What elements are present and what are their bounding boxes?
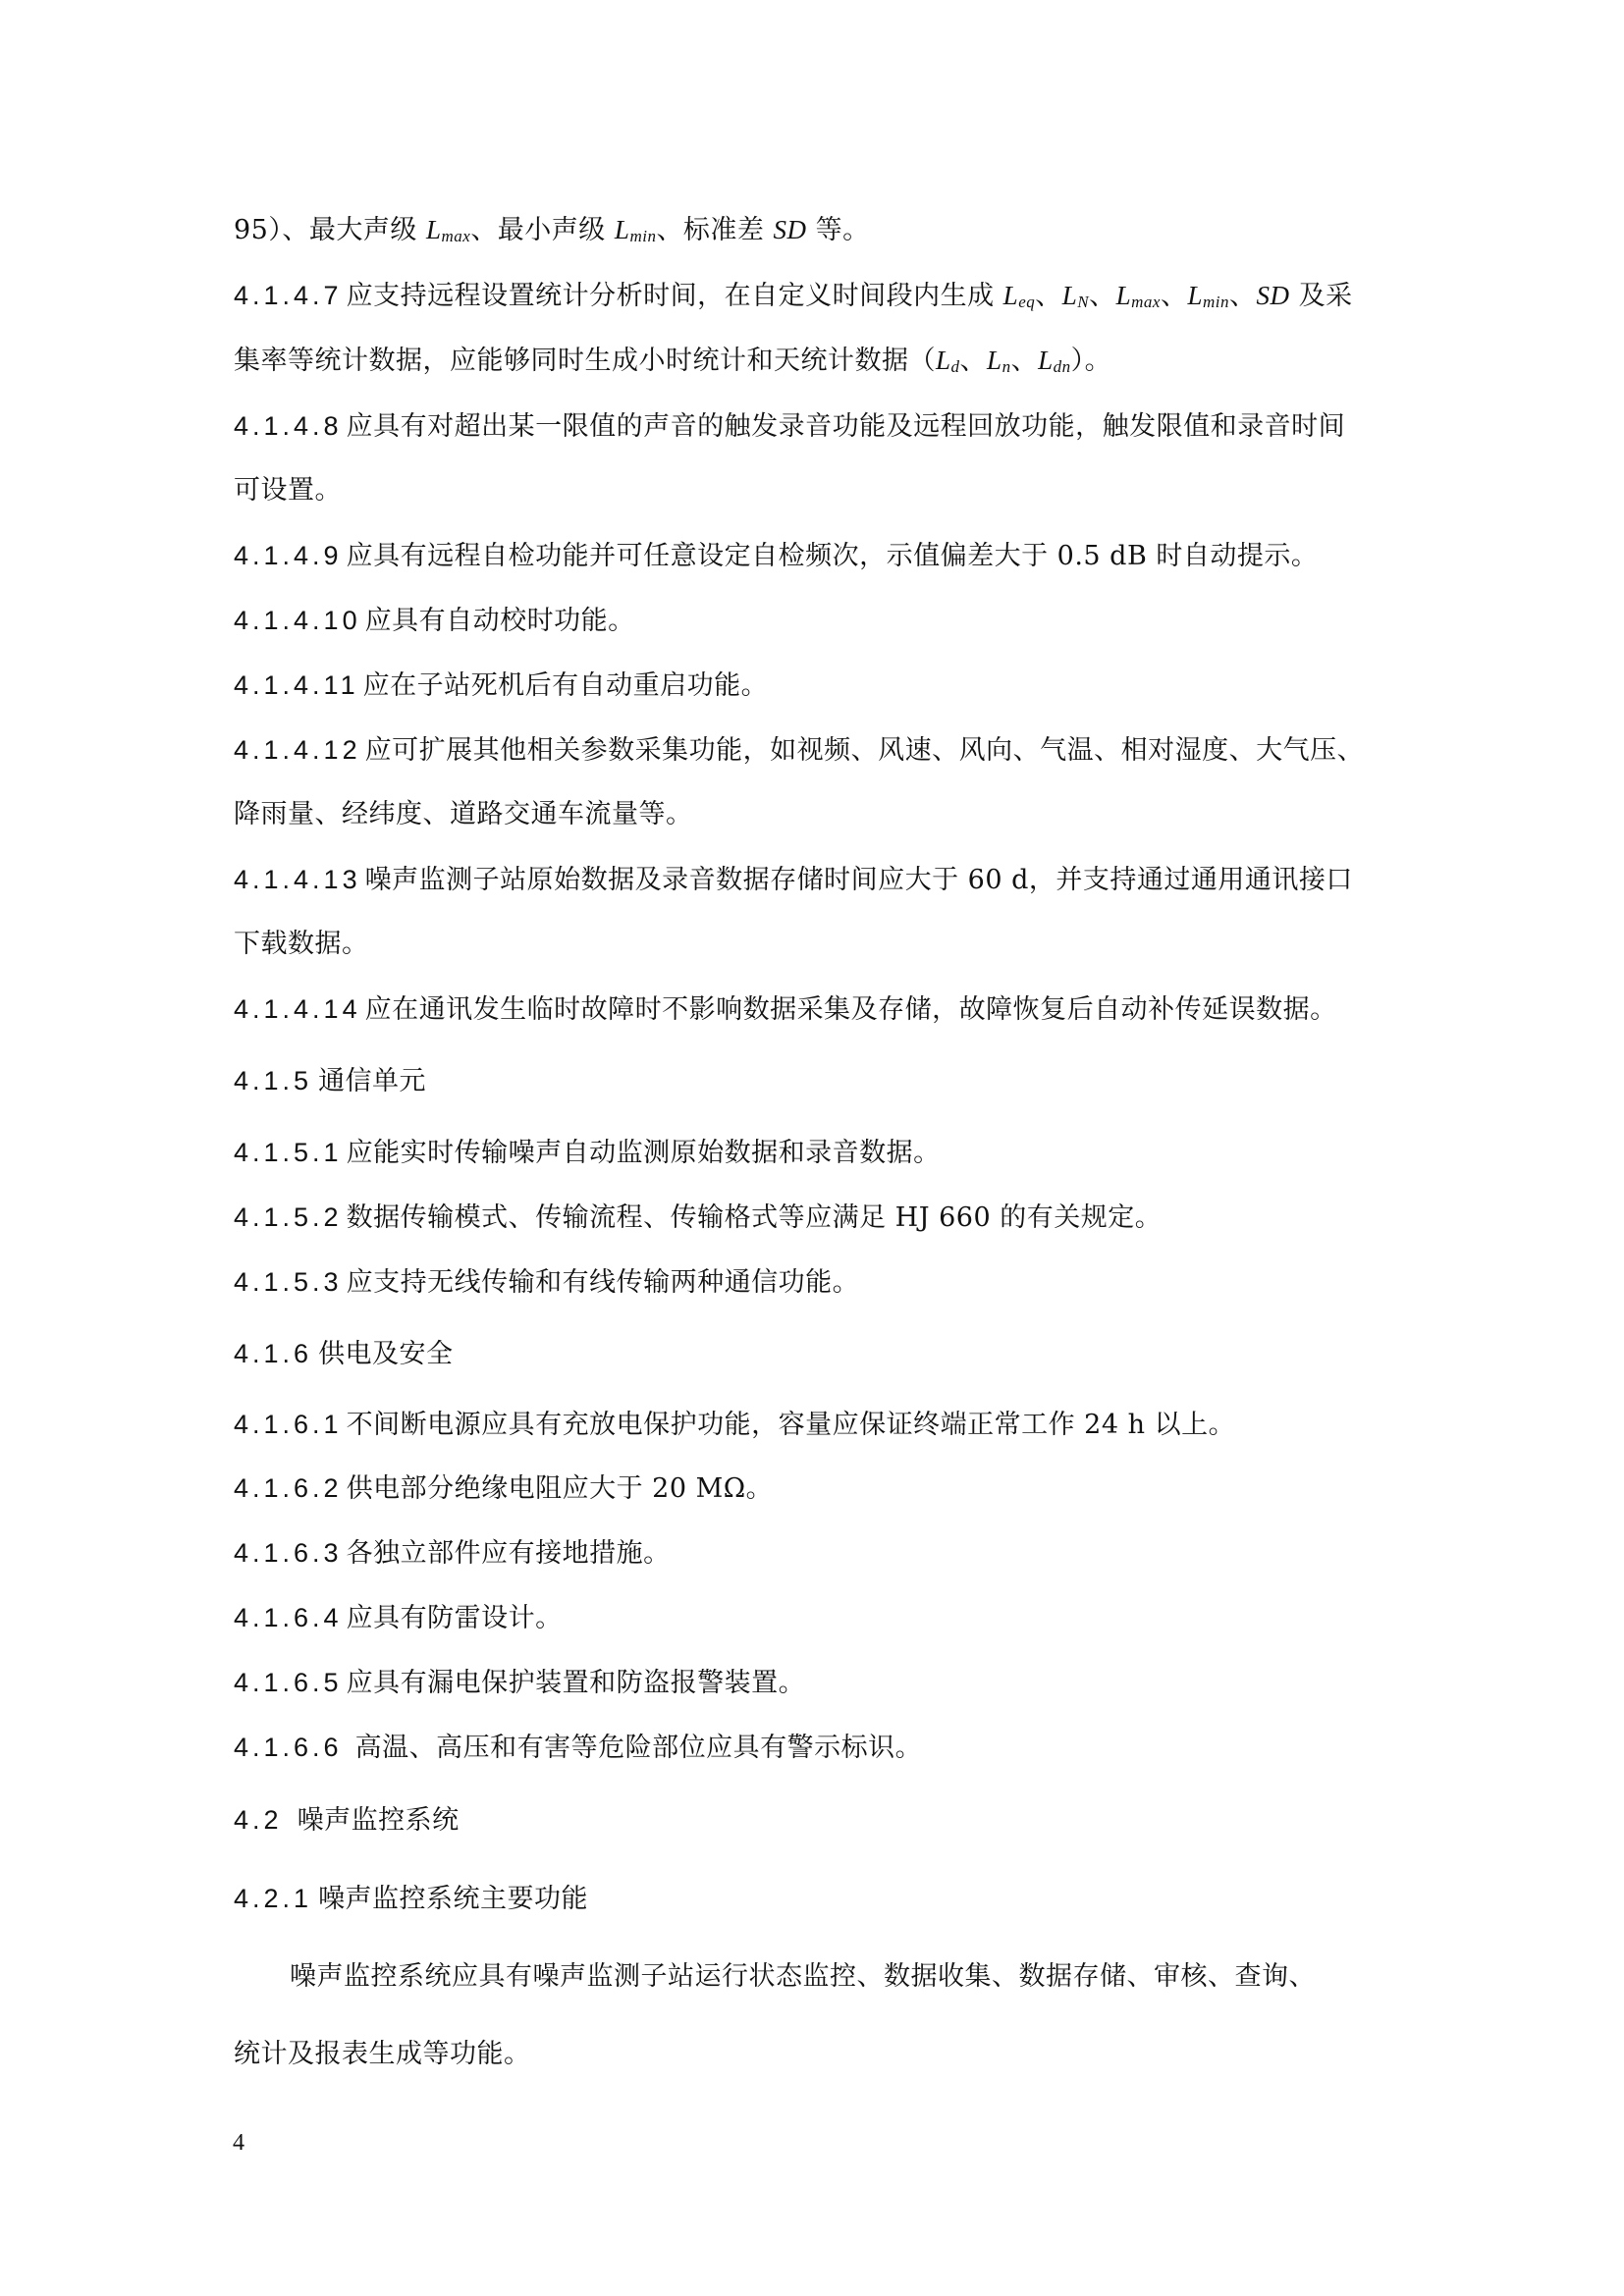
section-number: 4.2.1 (234, 1884, 312, 1913)
clause-number: 4.1.5.1 (234, 1138, 343, 1167)
separator: 、 (960, 346, 988, 376)
clause-number: 4.1.4.9 (234, 541, 343, 570)
text: 应能实时传输噪声自动监测原始数据和录音数据。 (347, 1138, 941, 1168)
section-heading-4-1-6: 4.1.6供电及安全 (234, 1338, 454, 1369)
symbol: L (1187, 281, 1203, 310)
symbol: L (1062, 281, 1078, 310)
symbol: L (1116, 281, 1132, 310)
subscript: max (1131, 293, 1161, 311)
text: 应支持无线传输和有线传输两种通信功能。 (347, 1267, 860, 1298)
section-title: 供电及安全 (318, 1339, 454, 1369)
text: 应具有对超出某一限值的声音的触发录音功能及远程回放功能，触发限值和录音时间 (347, 411, 1346, 442)
page-number: 4 (233, 2128, 244, 2158)
clause-4-1-4-14: 4.1.4.14应在通讯发生临时故障时不影响数据采集及存储，故障恢复后自动补传延… (234, 993, 1337, 1025)
clause-number: 4.1.4.14 (234, 994, 361, 1024)
text: 统计及报表生成等功能。 (234, 2039, 531, 2069)
paragraph-line-1: 噪声监控系统应具有噪声监测子站运行状态监控、数据收集、数据存储、审核、查询、 (290, 1961, 1316, 1993)
document-page: 95）、最大声级 Lmax、最小声级 Lmin、标准差 SD 等。 4.1.4.… (0, 0, 1624, 2296)
subscript: eq (1018, 293, 1035, 311)
text: 应在通讯发生临时故障时不影响数据采集及存储，故障恢复后自动补传延误数据。 (365, 994, 1337, 1025)
paragraph-line-2: 统计及报表生成等功能。 (234, 2039, 531, 2070)
clause-4-1-4-13: 4.1.4.13噪声监测子站原始数据及录音数据存储时间应大于 60 d，并支持通… (234, 864, 1353, 895)
section-heading-4-1-5: 4.1.5通信单元 (234, 1065, 426, 1096)
text: 应在子站死机后有自动重启功能。 (363, 670, 769, 701)
clause-number: 4.1.4.13 (234, 865, 361, 894)
section-number: 4.2 (234, 1805, 283, 1835)
clause-4-1-4-9: 4.1.4.9应具有远程自检功能并可任意设定自检频次，示值偏差大于 0.5 dB… (234, 540, 1318, 571)
subscript: N (1077, 293, 1089, 311)
clause-number: 4.1.6.4 (234, 1603, 343, 1632)
section-number: 4.1.5 (234, 1066, 312, 1095)
text: 数据传输模式、传输流程、传输格式等应满足 HJ 660 的有关规定。 (347, 1202, 1163, 1233)
symbol: L (987, 346, 1002, 375)
clause-4-1-6-2: 4.1.6.2供电部分绝缘电阻应大于 20 MΩ。 (234, 1472, 773, 1504)
clause-4-1-6-6: 4.1.6.6 高温、高压和有害等危险部位应具有警示标识。 (234, 1732, 922, 1763)
subscript: max (441, 227, 470, 245)
section-title: 噪声监控系统 (289, 1805, 460, 1836)
clause-4-1-5-1: 4.1.5.1应能实时传输噪声自动监测原始数据和录音数据。 (234, 1137, 941, 1168)
symbol: L (936, 346, 951, 375)
clause-4-1-4-12-cont: 降雨量、经纬度、道路交通车流量等。 (234, 799, 693, 830)
subscript: min (629, 227, 656, 245)
clause-4-1-4-11: 4.1.4.11应在子站死机后有自动重启功能。 (234, 669, 768, 701)
text: 应具有远程自检功能并可任意设定自检频次，示值偏差大于 0.5 dB 时自动提示。 (347, 541, 1319, 571)
clause-4-1-4-12: 4.1.4.12应可扩展其他相关参数采集功能，如视频、风速、风向、气温、相对湿度… (234, 734, 1364, 766)
text: 应具有防雷设计。 (347, 1603, 563, 1633)
clause-number: 4.1.5.3 (234, 1267, 343, 1297)
clause-number: 4.1.6.1 (234, 1410, 343, 1439)
text: 高温、高压和有害等危险部位应具有警示标识。 (347, 1733, 923, 1763)
text: 下载数据。 (234, 929, 369, 959)
clause-number: 4.1.4.7 (234, 281, 343, 310)
text: 、最小声级 (470, 215, 615, 245)
text: 不间断电源应具有充放电保护功能，容量应保证终端正常工作 24 h 以上。 (347, 1410, 1236, 1440)
text: 噪声监控系统应具有噪声监测子站运行状态监控、数据收集、数据存储、审核、查询、 (290, 1961, 1316, 1992)
clause-number: 4.1.4.8 (234, 411, 343, 441)
symbol: SD (774, 215, 807, 244)
text-line-stat-params: 95）、最大声级 Lmax、最小声级 Lmin、标准差 SD 等。 (234, 214, 870, 245)
text: 供电部分绝缘电阻应大于 20 MΩ。 (347, 1473, 774, 1504)
text: 应具有自动校时功能。 (365, 606, 635, 636)
separator: 、 (1229, 281, 1257, 311)
subscript: n (1002, 357, 1011, 376)
clause-4-1-4-7-cont: 集率等统计数据，应能够同时生成小时统计和天统计数据（Ld、Ln、Ldn）。 (234, 345, 1111, 376)
clause-4-1-4-7: 4.1.4.7应支持远程设置统计分析时间，在自定义时间段内生成 Leq、LN、L… (234, 280, 1353, 311)
separator: 、 (1089, 281, 1116, 311)
symbol: L (1003, 281, 1019, 310)
clause-number: 4.1.5.2 (234, 1202, 343, 1232)
text: 噪声监测子站原始数据及录音数据存储时间应大于 60 d，并支持通过通用通讯接口 (365, 865, 1353, 895)
clause-4-1-6-5: 4.1.6.5应具有漏电保护装置和防盗报警装置。 (234, 1667, 805, 1698)
symbol: L (1038, 346, 1054, 375)
clause-4-1-5-3: 4.1.5.3应支持无线传输和有线传输两种通信功能。 (234, 1266, 859, 1298)
text: 可设置。 (234, 475, 342, 506)
clause-4-1-5-2: 4.1.5.2数据传输模式、传输流程、传输格式等应满足 HJ 660 的有关规定… (234, 1201, 1162, 1233)
clause-4-1-6-1: 4.1.6.1不间断电源应具有充放电保护功能，容量应保证终端正常工作 24 h … (234, 1409, 1235, 1440)
separator: 、 (1011, 346, 1039, 376)
section-number: 4.1.6 (234, 1339, 312, 1368)
text: 应可扩展其他相关参数采集功能，如视频、风速、风向、气温、相对湿度、大气压、 (365, 735, 1365, 766)
text: 应具有漏电保护装置和防盗报警装置。 (347, 1668, 806, 1698)
clause-number: 4.1.4.11 (234, 670, 359, 700)
text: 降雨量、经纬度、道路交通车流量等。 (234, 799, 693, 829)
clause-number: 4.1.6.5 (234, 1668, 343, 1697)
section-title: 噪声监控系统主要功能 (318, 1884, 588, 1914)
section-heading-4-2-1: 4.2.1噪声监控系统主要功能 (234, 1883, 588, 1914)
separator: 、 (1035, 281, 1062, 311)
text: 及采 (1290, 281, 1353, 311)
text: 等。 (807, 215, 870, 245)
text: 各独立部件应有接地措施。 (347, 1538, 671, 1569)
section-title: 通信单元 (318, 1066, 426, 1096)
text: ）。 (1071, 346, 1112, 376)
clause-4-1-4-8: 4.1.4.8应具有对超出某一限值的声音的触发录音功能及远程回放功能，触发限值和… (234, 410, 1345, 442)
subscript: min (1203, 293, 1229, 311)
text: 95）、最大声级 (234, 215, 426, 245)
clause-number: 4.1.6.3 (234, 1538, 343, 1568)
separator: 、 (1161, 281, 1188, 311)
section-heading-4-2: 4.2 噪声监控系统 (234, 1804, 460, 1836)
subscript: dn (1054, 357, 1071, 376)
clause-4-1-6-3: 4.1.6.3各独立部件应有接地措施。 (234, 1537, 671, 1569)
text: 应支持远程设置统计分析时间，在自定义时间段内生成 (347, 281, 1003, 311)
subscript: d (951, 357, 960, 376)
clause-4-1-6-4: 4.1.6.4应具有防雷设计。 (234, 1602, 563, 1633)
text: 、标准差 (656, 215, 773, 245)
symbol: SD (1257, 281, 1290, 310)
clause-4-1-4-10: 4.1.4.10应具有自动校时功能。 (234, 605, 635, 636)
symbol: L (426, 215, 442, 244)
clause-number: 4.1.4.12 (234, 735, 361, 765)
symbol: L (615, 215, 630, 244)
clause-number: 4.1.6.2 (234, 1473, 343, 1503)
clause-number: 4.1.6.6 (234, 1733, 343, 1762)
text: 集率等统计数据，应能够同时生成小时统计和天统计数据（ (234, 346, 936, 376)
clause-4-1-4-13-cont: 下载数据。 (234, 929, 369, 960)
clause-4-1-4-8-cont: 可设置。 (234, 475, 342, 507)
clause-number: 4.1.4.10 (234, 606, 361, 635)
